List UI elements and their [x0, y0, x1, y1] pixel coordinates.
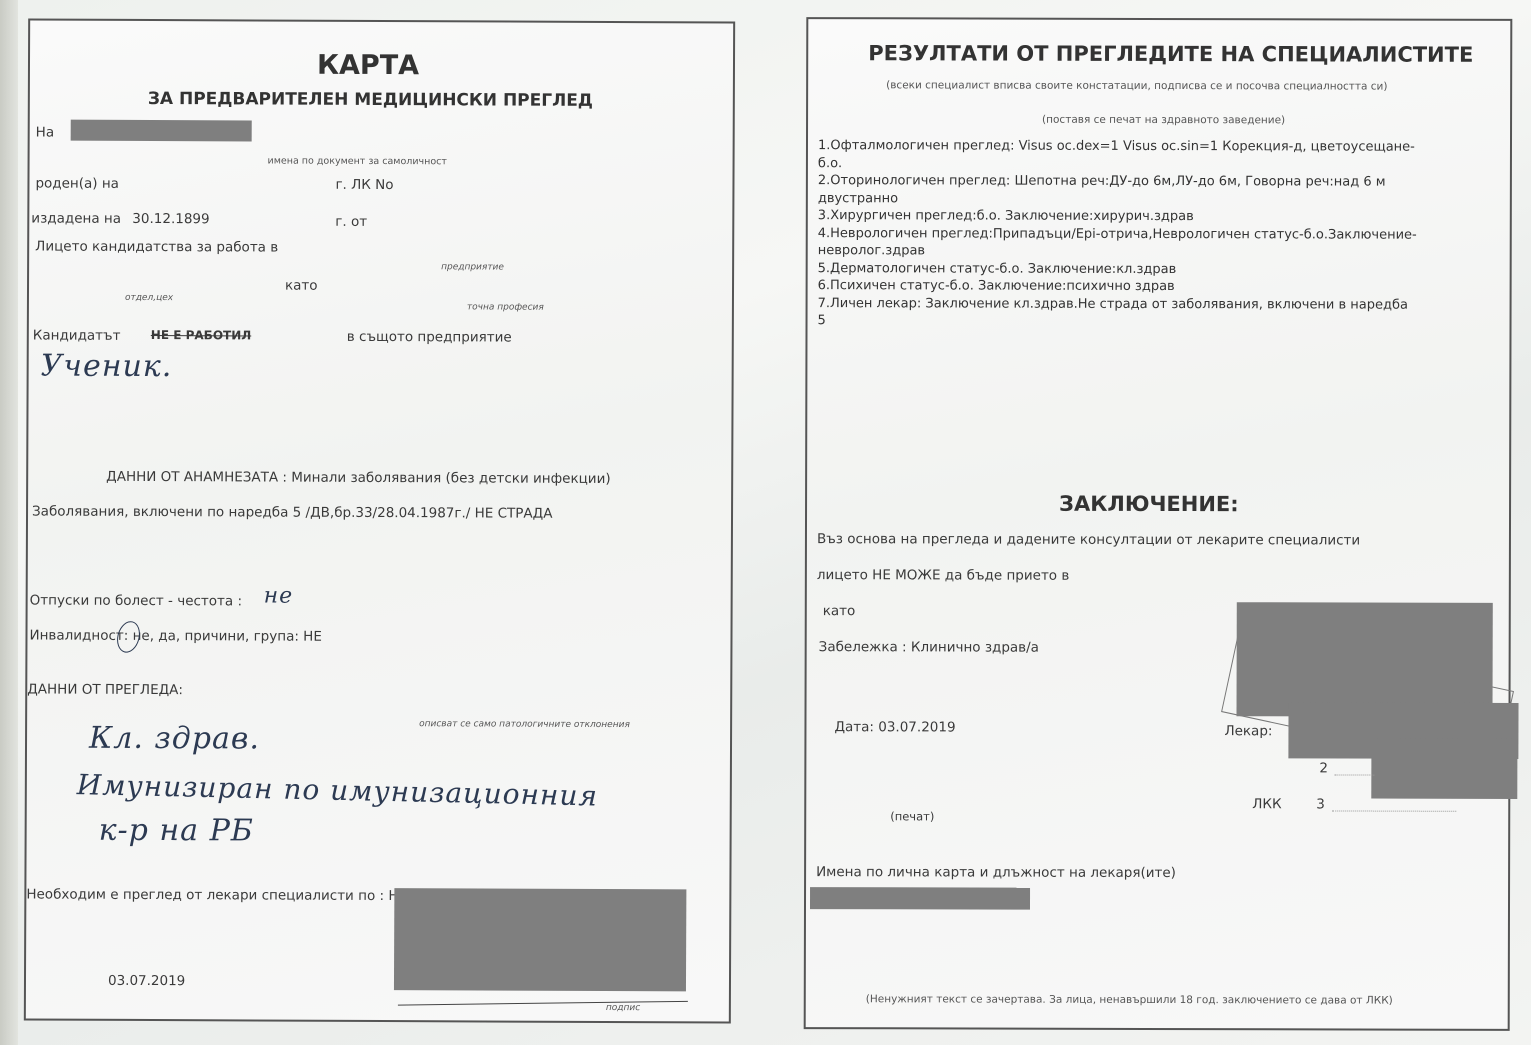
result-item: 6.Психичен статус-б.о. Заключение:психич… [818, 277, 1418, 296]
card-subtitle: ЗА ПРЕДВАРИТЕЛЕН МЕДИЦИНСКИ ПРЕГЛЕД [148, 89, 593, 111]
sick-leave-handwritten: не [264, 583, 294, 608]
results-subtitle-1: (всеки специалист вписва своите констата… [886, 79, 1387, 92]
card-title: КАРТА [317, 50, 419, 81]
handwritten-exam-line-2: Имунизиран по имунизационния [77, 768, 599, 812]
diseases-line: Заболявания, включени по наредба 5 /ДВ,б… [32, 503, 552, 521]
signature-caption: подпис [606, 1003, 640, 1013]
redacted-name [71, 120, 252, 142]
redacted-signature [1371, 739, 1517, 799]
handwritten-exam-line-3: к-р на РБ [99, 813, 254, 849]
result-item: 4.Неврологичен преглед:Припадъци/Epi-отр… [818, 225, 1418, 262]
redacted-signature-block [394, 888, 686, 991]
member-2-line [1334, 774, 1374, 775]
disability-line: Инвалидност: не, да, причини, група: НЕ [29, 627, 321, 644]
exam-date: Дата: 03.07.2019 [834, 719, 955, 735]
exam-data-label: ДАННИ ОТ ПРЕГЛЕДА: [27, 681, 183, 698]
enterprise-caption: предприятие [441, 262, 504, 272]
result-item: 2.Оторинологичен преглед: Шепотна реч:ДУ… [818, 172, 1418, 209]
profession-caption: точна професия [467, 302, 544, 312]
background-edge [0, 0, 18, 1045]
footer-note: (Ненужният текст се зачертава. За лица, … [866, 993, 1393, 1006]
stamp-caption: (печат) [890, 809, 934, 823]
struck-not-worked: НЕ Е РАБОТИЛ [151, 328, 251, 342]
result-item: 3.Хирургичен преглед:б.о. Заключение:хир… [818, 207, 1418, 226]
result-item: 5.Дерматологичен статус-б.о. Заключение:… [818, 260, 1418, 279]
specialists-needed-line: Необходим е преглед от лекари специалист… [26, 886, 407, 904]
handwritten-occupation: Ученик. [41, 349, 173, 385]
candidate-label: Кандидатът [33, 327, 121, 343]
conclusion-basis: Въз основа на прегледа и дадените консул… [817, 531, 1360, 548]
as-label: като [285, 278, 318, 294]
note-line: Забележка : Клинично здрав/а [819, 639, 1039, 656]
results-subtitle-2: (поставя се печат на здравното заведение… [1042, 114, 1285, 127]
lkk-label: ЛКК [1252, 796, 1281, 812]
applying-label: Лицето кандидатства за работа в [35, 238, 278, 255]
redacted-doctor-names [810, 887, 1030, 910]
to-label: На [36, 124, 55, 140]
committee-member-3: 3 [1316, 796, 1325, 812]
sick-leave-label: Отпуски по болест - честота : [30, 592, 242, 609]
preliminary-exam-card: КАРТА ЗА ПРЕДВАРИТЕЛЕН МЕДИЦИНСКИ ПРЕГЛЕ… [24, 18, 735, 1023]
name-caption: имена по документ за самоличност [268, 156, 447, 168]
issued-date: 30.12.1899 [132, 211, 209, 227]
circled-no-mark [114, 619, 144, 656]
issued-label: издадена на [31, 210, 121, 226]
signature-line [398, 1001, 688, 1006]
result-item: 1.Офталмологичен преглед: Visus oc.dex=1… [818, 137, 1418, 174]
cannot-be-accepted-line: лицето НЕ МОЖЕ да бъде прието в [817, 567, 1070, 584]
conclusion-title: ЗАКЛЮЧЕНИЕ: [1059, 492, 1239, 516]
redacted-stamp [1236, 602, 1492, 717]
department-caption: отдел,цех [125, 293, 173, 303]
conclusion-as-label: като [823, 603, 856, 619]
results-title: РЕЗУЛТАТИ ОТ ПРЕГЛЕДИТЕ НА СПЕЦИАЛИСТИТЕ [868, 41, 1473, 67]
member-3-line [1332, 810, 1456, 811]
same-enterprise-label: в същото предприятие [347, 329, 512, 346]
result-item: 7.Личен лекар: Заключение кл.здрав.Не ст… [818, 295, 1418, 332]
born-label: роден(а) на [35, 175, 119, 191]
anamnesis-line: ДАННИ ОТ АНАМНЕЗАТА : Минали заболявания… [106, 469, 611, 487]
handwritten-exam-line-1: Кл. здрав. [89, 721, 260, 757]
doctor-names-label: Имена по лична карта и длъжност на лекар… [816, 864, 1176, 881]
pathology-caption: описват се само патологичните отклонения [419, 719, 630, 730]
specialists-results-page: РЕЗУЛТАТИ ОТ ПРЕГЛЕДИТЕ НА СПЕЦИАЛИСТИТЕ… [804, 17, 1513, 1031]
card-date: 03.07.2019 [108, 973, 185, 989]
issued-from-label: г. от [335, 214, 367, 230]
id-card-label: г. ЛК No [335, 177, 393, 193]
specialist-results-list: 1.Офталмологичен преглед: Visus oc.dex=1… [818, 137, 1419, 331]
doctor-label: Лекар: [1224, 723, 1272, 739]
committee-member-2: 2 [1319, 760, 1328, 776]
